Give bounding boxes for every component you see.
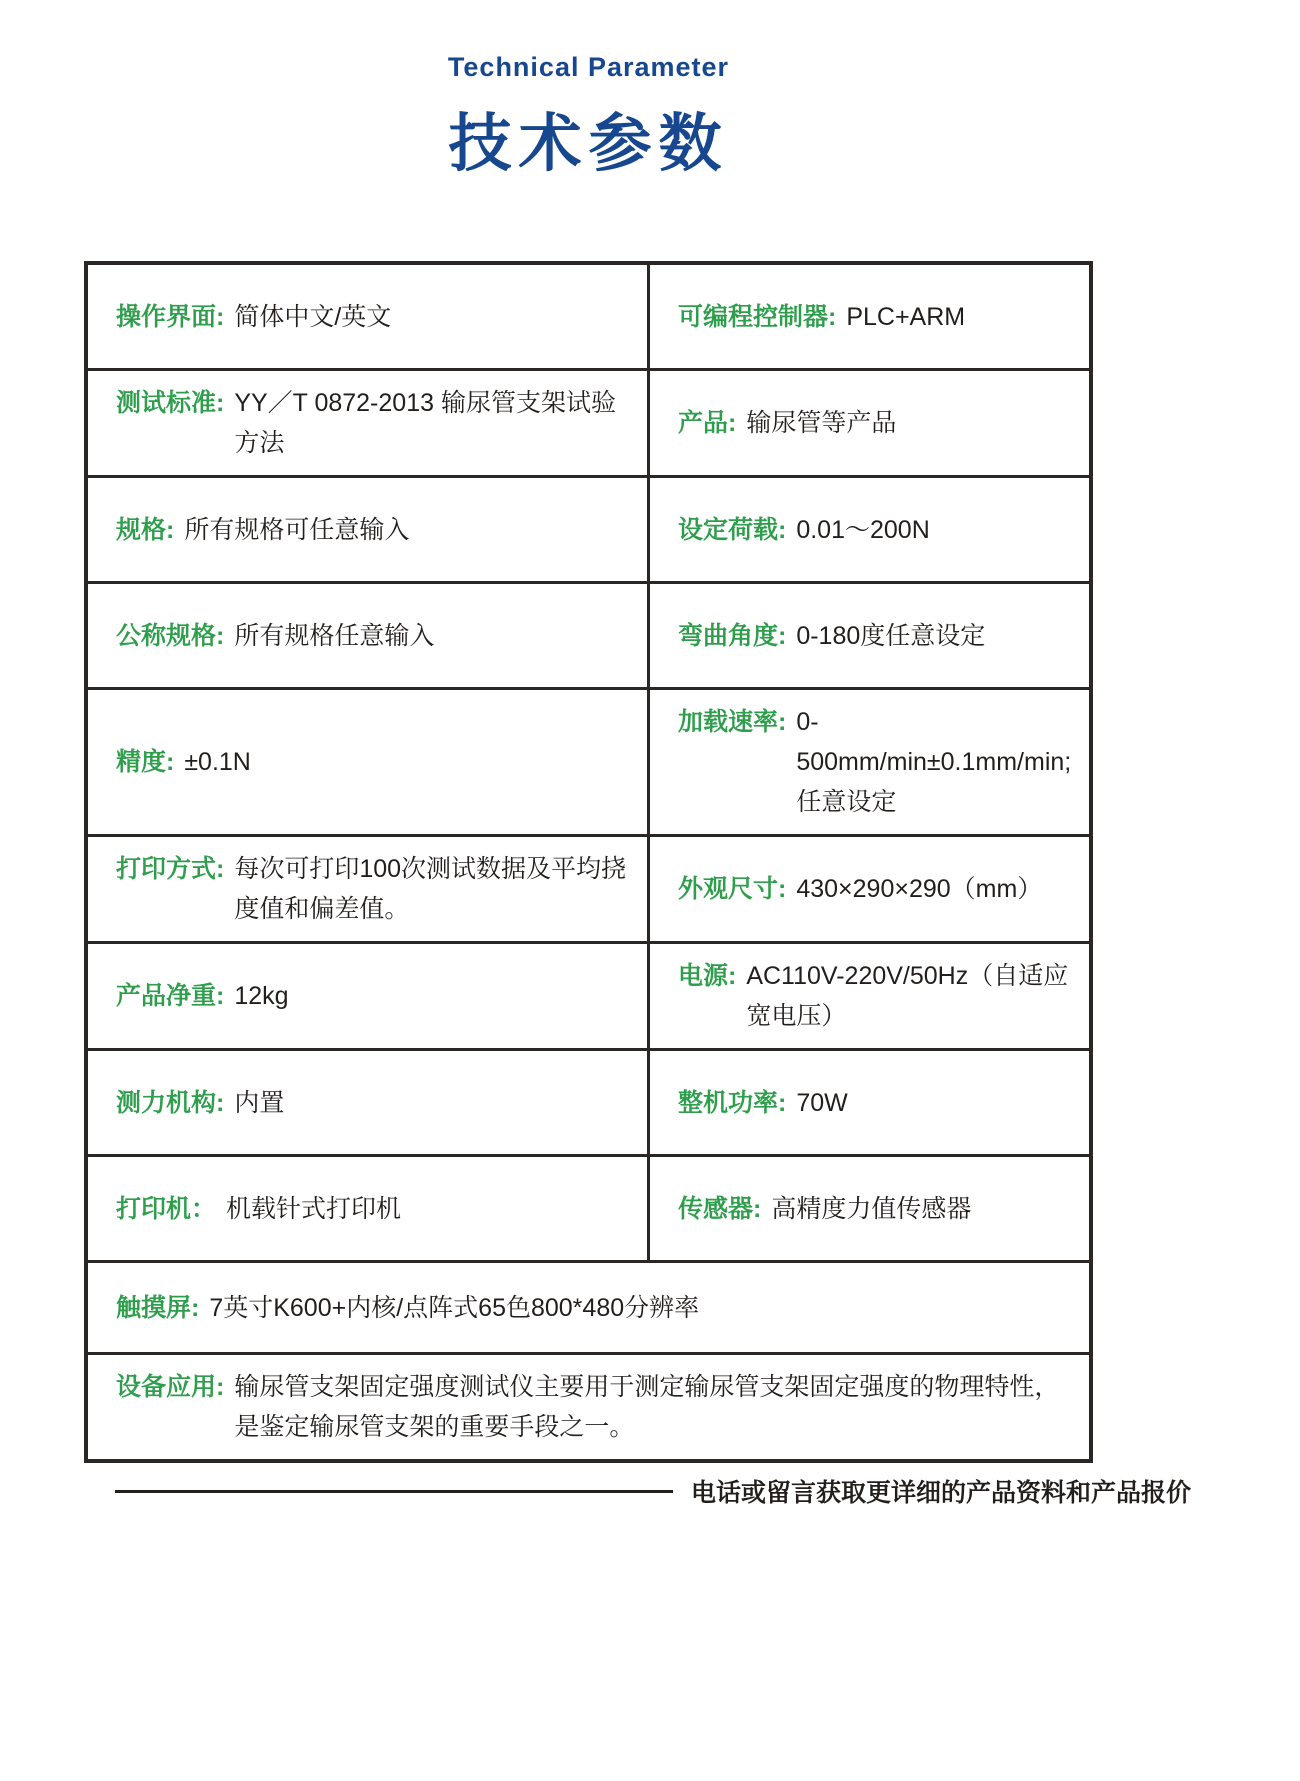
param-value: YY／T 0872-2013 输尿管支架试验方法	[234, 383, 631, 463]
footer-divider-line	[115, 1490, 673, 1493]
param-label: 测力机构:	[116, 1083, 224, 1119]
param-label: 整机功率:	[678, 1083, 786, 1119]
param-cell-left: 规格:所有规格可任意输入	[88, 478, 650, 581]
param-cell-right: 加载速率:0-500mm/min±0.1mm/min;任意设定	[650, 690, 1089, 834]
page-title: 技术参数	[84, 93, 1093, 184]
param-value: 0-500mm/min±0.1mm/min;任意设定	[796, 702, 1073, 822]
param-cell-left: 产品净重:12kg	[88, 944, 650, 1048]
param-value: 内置	[234, 1083, 631, 1123]
page: Technical Parameter 技术参数 操作界面:简体中文/英文 可编…	[0, 0, 1300, 1781]
table-row: 规格:所有规格可任意输入 设定荷载:0.01～200N	[88, 478, 1089, 584]
param-label: 公称规格:	[116, 616, 224, 652]
param-cell-left: 公称规格:所有规格任意输入	[88, 584, 650, 687]
param-cell-left: 精度:±0.1N	[88, 690, 650, 834]
param-label: 规格:	[116, 510, 174, 546]
table-row: 精度:±0.1N 加载速率:0-500mm/min±0.1mm/min;任意设定	[88, 690, 1089, 837]
param-cell-full: 设备应用:输尿管支架固定强度测试仪主要用于测定输尿管支架固定强度的物理特性，是鉴…	[88, 1355, 1089, 1459]
param-value: PLC+ARM	[846, 297, 1073, 337]
page-header: Technical Parameter 技术参数	[84, 52, 1093, 184]
footer: 电话或留言获取更详细的产品资料和产品报价	[115, 1473, 1200, 1509]
table-row: 打印机：机载针式打印机 传感器:高精度力值传感器	[88, 1157, 1089, 1263]
param-value: 每次可打印100次测试数据及平均挠度值和偏差值。	[234, 849, 631, 929]
table-row: 操作界面:简体中文/英文 可编程控制器:PLC+ARM	[88, 265, 1089, 371]
param-label: 弯曲角度:	[678, 616, 786, 652]
spec-table: 操作界面:简体中文/英文 可编程控制器:PLC+ARM 测试标准:YY／T 08…	[84, 261, 1093, 1463]
param-cell-left: 打印方式:每次可打印100次测试数据及平均挠度值和偏差值。	[88, 837, 650, 941]
param-value: 所有规格可任意输入	[184, 510, 631, 550]
param-cell-left: 打印机：机载针式打印机	[88, 1157, 650, 1260]
table-row: 测力机构:内置 整机功率:70W	[88, 1051, 1089, 1157]
param-value: 高精度力值传感器	[771, 1189, 1073, 1229]
table-row-full: 触摸屏:7英寸K600+内核/点阵式65色800*480分辨率	[88, 1263, 1089, 1355]
param-label: 可编程控制器:	[678, 297, 836, 333]
param-cell-right: 产品:输尿管等产品	[650, 371, 1089, 475]
param-cell-right: 传感器:高精度力值传感器	[650, 1157, 1089, 1260]
param-value: AC110V-220V/50Hz（自适应宽电压）	[746, 956, 1073, 1036]
table-row: 测试标准:YY／T 0872-2013 输尿管支架试验方法 产品:输尿管等产品	[88, 371, 1089, 478]
param-cell-right: 外观尺寸:430×290×290（mm）	[650, 837, 1089, 941]
param-label: 打印机：	[116, 1189, 216, 1225]
param-label: 产品:	[678, 403, 736, 439]
param-value: 所有规格任意输入	[234, 616, 631, 656]
param-label: 精度:	[116, 742, 174, 778]
param-value: ±0.1N	[184, 742, 631, 782]
table-row-full: 设备应用:输尿管支架固定强度测试仪主要用于测定输尿管支架固定强度的物理特性，是鉴…	[88, 1355, 1089, 1459]
table-row: 公称规格:所有规格任意输入 弯曲角度:0-180度任意设定	[88, 584, 1089, 690]
param-cell-right: 设定荷载:0.01～200N	[650, 478, 1089, 581]
param-value: 0.01～200N	[796, 510, 1073, 550]
param-label: 外观尺寸:	[678, 869, 786, 905]
param-value: 7英寸K600+内核/点阵式65色800*480分辨率	[209, 1288, 1073, 1328]
table-row: 打印方式:每次可打印100次测试数据及平均挠度值和偏差值。 外观尺寸:430×2…	[88, 837, 1089, 944]
param-label: 产品净重:	[116, 976, 224, 1012]
param-label: 设备应用:	[116, 1367, 224, 1403]
table-row: 产品净重:12kg 电源:AC110V-220V/50Hz（自适应宽电压）	[88, 944, 1089, 1051]
param-value: 70W	[796, 1083, 1073, 1123]
param-label: 设定荷载:	[678, 510, 786, 546]
header-subtitle: Technical Parameter	[84, 52, 1093, 83]
param-value: 简体中文/英文	[234, 297, 631, 337]
param-cell-full: 触摸屏:7英寸K600+内核/点阵式65色800*480分辨率	[88, 1263, 1089, 1352]
param-value: 430×290×290（mm）	[796, 869, 1073, 909]
param-value: 机载针式打印机	[226, 1189, 631, 1229]
param-value: 输尿管支架固定强度测试仪主要用于测定输尿管支架固定强度的物理特性，是鉴定输尿管支…	[234, 1367, 1073, 1447]
param-label: 电源:	[678, 956, 736, 992]
param-cell-right: 弯曲角度:0-180度任意设定	[650, 584, 1089, 687]
param-label: 触摸屏:	[116, 1288, 199, 1324]
param-label: 操作界面:	[116, 297, 224, 333]
param-value: 12kg	[234, 976, 631, 1016]
param-cell-left: 测试标准:YY／T 0872-2013 输尿管支架试验方法	[88, 371, 650, 475]
param-cell-left: 操作界面:简体中文/英文	[88, 265, 650, 368]
param-cell-right: 电源:AC110V-220V/50Hz（自适应宽电压）	[650, 944, 1089, 1048]
param-cell-left: 测力机构:内置	[88, 1051, 650, 1154]
param-value: 0-180度任意设定	[796, 616, 1073, 656]
param-label: 打印方式:	[116, 849, 224, 885]
param-cell-right: 整机功率:70W	[650, 1051, 1089, 1154]
param-value: 输尿管等产品	[746, 403, 1073, 443]
param-cell-right: 可编程控制器:PLC+ARM	[650, 265, 1089, 368]
footer-note: 电话或留言获取更详细的产品资料和产品报价	[691, 1473, 1191, 1509]
param-label: 测试标准:	[116, 383, 224, 419]
param-label: 加载速率:	[678, 702, 786, 738]
param-label: 传感器:	[678, 1189, 761, 1225]
